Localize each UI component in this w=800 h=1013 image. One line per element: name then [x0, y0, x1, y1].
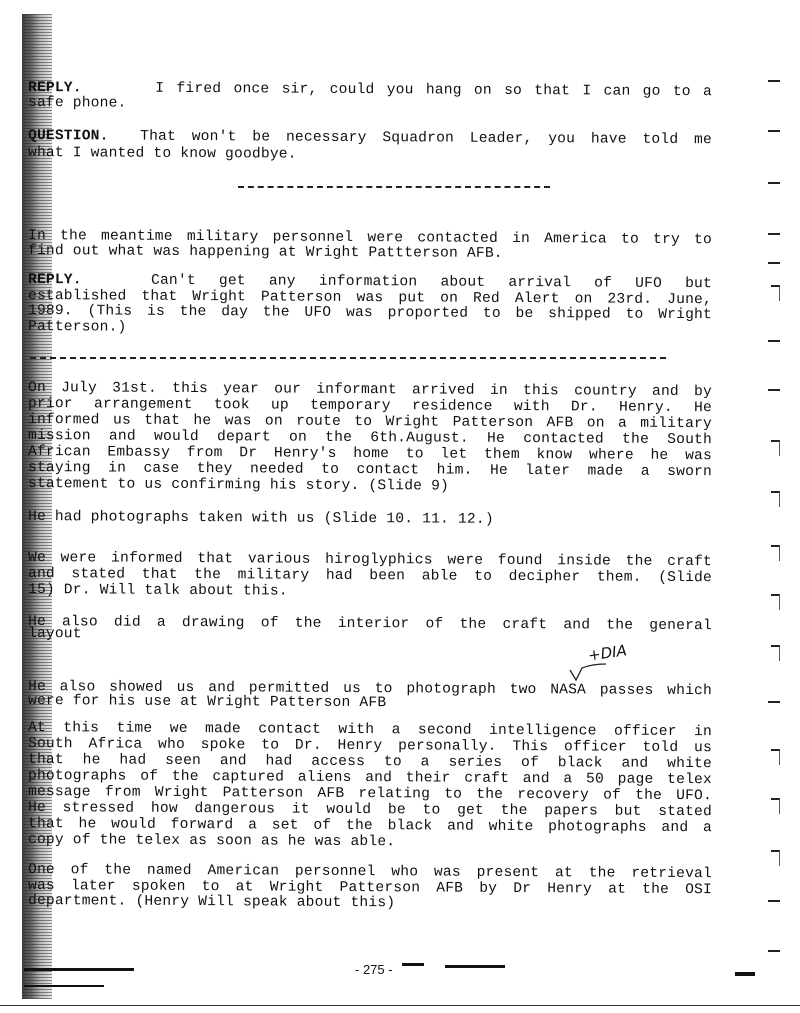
document-page: REPLY. I fired once sir, could you hang …	[0, 0, 800, 1013]
text-line: 15) Dr. Will talk about this.	[28, 582, 288, 600]
margin-mark	[768, 389, 780, 391]
speaker-label: REPLY.	[28, 80, 82, 96]
margin-mark	[768, 701, 780, 703]
margin-mark	[768, 262, 780, 264]
text-line: find out what was happening at Wright Pa…	[28, 243, 503, 262]
margin-mark	[771, 850, 780, 866]
speaker-label: REPLY.	[28, 272, 82, 288]
scan-artifact	[402, 963, 424, 966]
handwritten-caret-mark	[568, 662, 608, 682]
dashed-separator	[30, 357, 666, 359]
margin-mark	[768, 182, 780, 184]
text-line: department. (Henry Will speak about this…	[28, 893, 395, 911]
scan-artifact	[24, 968, 134, 971]
margin-mark	[768, 80, 780, 82]
text-line: layout	[28, 626, 82, 642]
margin-mark	[771, 749, 780, 765]
margin-mark	[771, 645, 780, 661]
page-number: - 275 -	[355, 962, 393, 977]
dashed-separator	[238, 186, 550, 188]
margin-mark	[768, 340, 780, 342]
margin-mark	[771, 285, 780, 301]
text-line: copy of the telex as soon as he was able…	[28, 832, 395, 850]
text-line: what I wanted to know goodbye.	[28, 145, 297, 163]
scan-artifact	[735, 972, 755, 976]
text-line: He also did a drawing of the interior of…	[28, 614, 712, 634]
text-line: were for his use at Wright Patterson AFB	[28, 693, 386, 711]
margin-mark	[768, 900, 780, 902]
text-line: 1989. (This is the day the UFO was propo…	[28, 303, 712, 323]
margin-mark	[768, 950, 780, 952]
text-line: Patterson.)	[28, 319, 127, 336]
margin-mark	[771, 594, 780, 610]
margin-mark	[768, 233, 780, 235]
margin-mark	[771, 798, 780, 814]
scan-artifact	[445, 965, 505, 968]
margin-mark	[771, 545, 780, 561]
bottom-rule	[0, 1005, 800, 1006]
margin-mark	[768, 130, 780, 132]
speaker-label: QUESTION.	[28, 128, 109, 144]
margin-mark	[771, 491, 780, 507]
margin-mark	[771, 440, 780, 456]
text-line: He had photographs taken with us (Slide …	[28, 509, 494, 528]
scan-artifact	[24, 985, 104, 987]
text-line: safe phone.	[28, 95, 127, 112]
text-line: statement to us confirming his story. (S…	[28, 476, 449, 495]
scan-edge-shadow	[22, 14, 52, 999]
text-line: REPLY. I fired once sir, could you hang …	[28, 80, 712, 100]
